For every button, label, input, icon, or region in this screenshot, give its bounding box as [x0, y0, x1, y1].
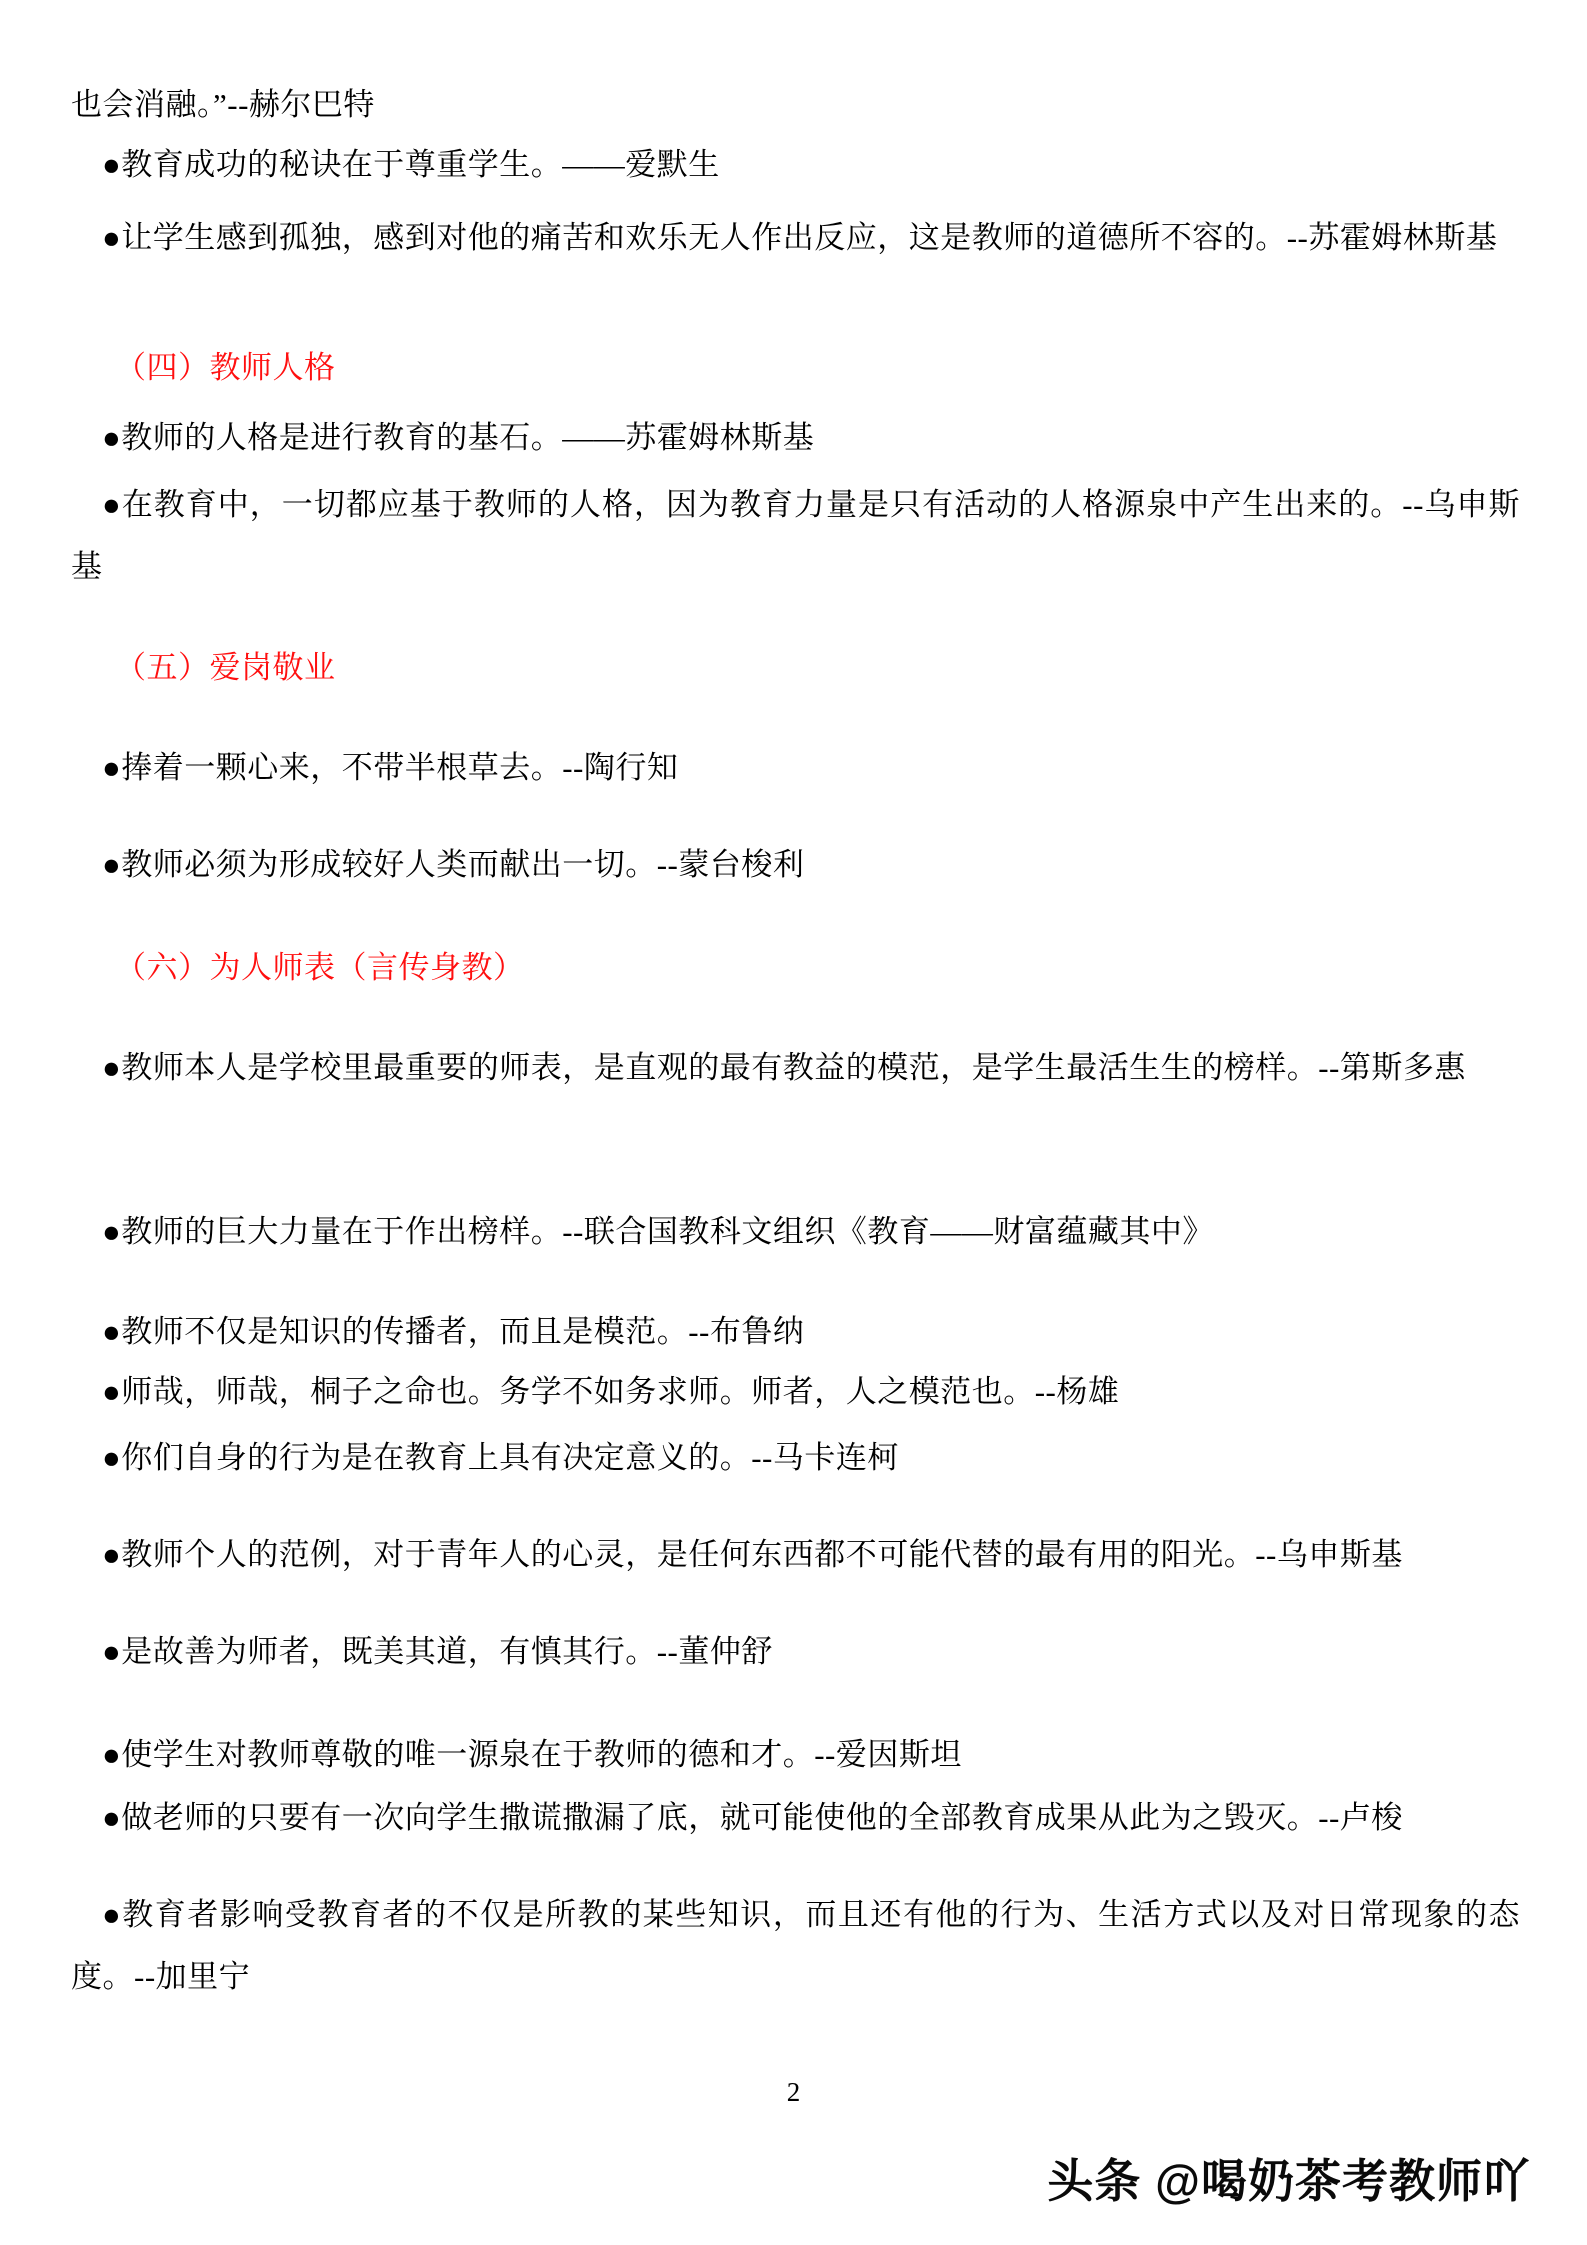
quote-paragraph: ●教师不仅是知识的传播者，而且是模范。--布鲁纳 — [71, 1301, 1520, 1363]
quote-paragraph: ●是故善为师者，既美其道，有慎其行。--董仲舒 — [71, 1621, 1520, 1683]
section-heading-5: （五）爱岗敬业 — [71, 637, 1520, 699]
quote-paragraph: ●捧着一颗心来，不带半根草去。--陶行知 — [71, 737, 1520, 799]
quote-paragraph: ●使学生对教师尊敬的唯一源泉在于教师的德和才。--爱因斯坦 — [71, 1724, 1520, 1786]
quote-paragraph: ●教育成功的秘诀在于尊重学生。——爱默生 — [71, 134, 1520, 196]
section-heading-4: （四）教师人格 — [71, 337, 1520, 399]
watermark-toutiao: 头条 @喝奶茶考教师吖 — [1047, 2155, 1530, 2207]
quote-paragraph: ●你们自身的行为是在教育上具有决定意义的。--马卡连柯 — [71, 1427, 1520, 1489]
page-number: 2 — [0, 2076, 1587, 2108]
quote-paragraph: ●师哉，师哉，桐子之命也。务学不如务求师。师者，人之模范也。--杨雄 — [71, 1361, 1520, 1423]
quote-paragraph: ●在教育中，一切都应基于教师的人格，因为教育力量是只有活动的人格源泉中产生出来的… — [71, 474, 1520, 598]
paragraph-continuation: 也会消融。”--赫尔巴特 — [71, 74, 1520, 136]
quote-paragraph: ●教师的巨大力量在于作出榜样。--联合国教科文组织《教育——财富蕴藏其中》 — [71, 1201, 1520, 1263]
quote-paragraph: ●教师本人是学校里最重要的师表，是直观的最有教益的模范，是学生最活生生的榜样。-… — [71, 1037, 1520, 1099]
quote-paragraph: ●教师个人的范例，对于青年人的心灵，是任何东西都不可能代替的最有用的阳光。--乌… — [71, 1524, 1520, 1586]
section-heading-6: （六）为人师表（言传身教） — [71, 937, 1520, 999]
quote-paragraph: ●教育者影响受教育者的不仅是所教的某些知识，而且还有他的行为、生活方式以及对日常… — [71, 1884, 1520, 2008]
quote-paragraph: ●教师必须为形成较好人类而献出一切。--蒙台梭利 — [71, 834, 1520, 896]
document-page: 也会消融。”--赫尔巴特 ●教育成功的秘诀在于尊重学生。——爱默生 ●让学生感到… — [0, 0, 1587, 2245]
quote-paragraph: ●做老师的只要有一次向学生撒谎撒漏了底，就可能使他的全部教育成果从此为之毁灭。-… — [71, 1787, 1520, 1849]
quote-paragraph: ●教师的人格是进行教育的基石。——苏霍姆林斯基 — [71, 407, 1520, 469]
quote-paragraph: ●让学生感到孤独，感到对他的痛苦和欢乐无人作出反应，这是教师的道德所不容的。--… — [71, 207, 1520, 269]
